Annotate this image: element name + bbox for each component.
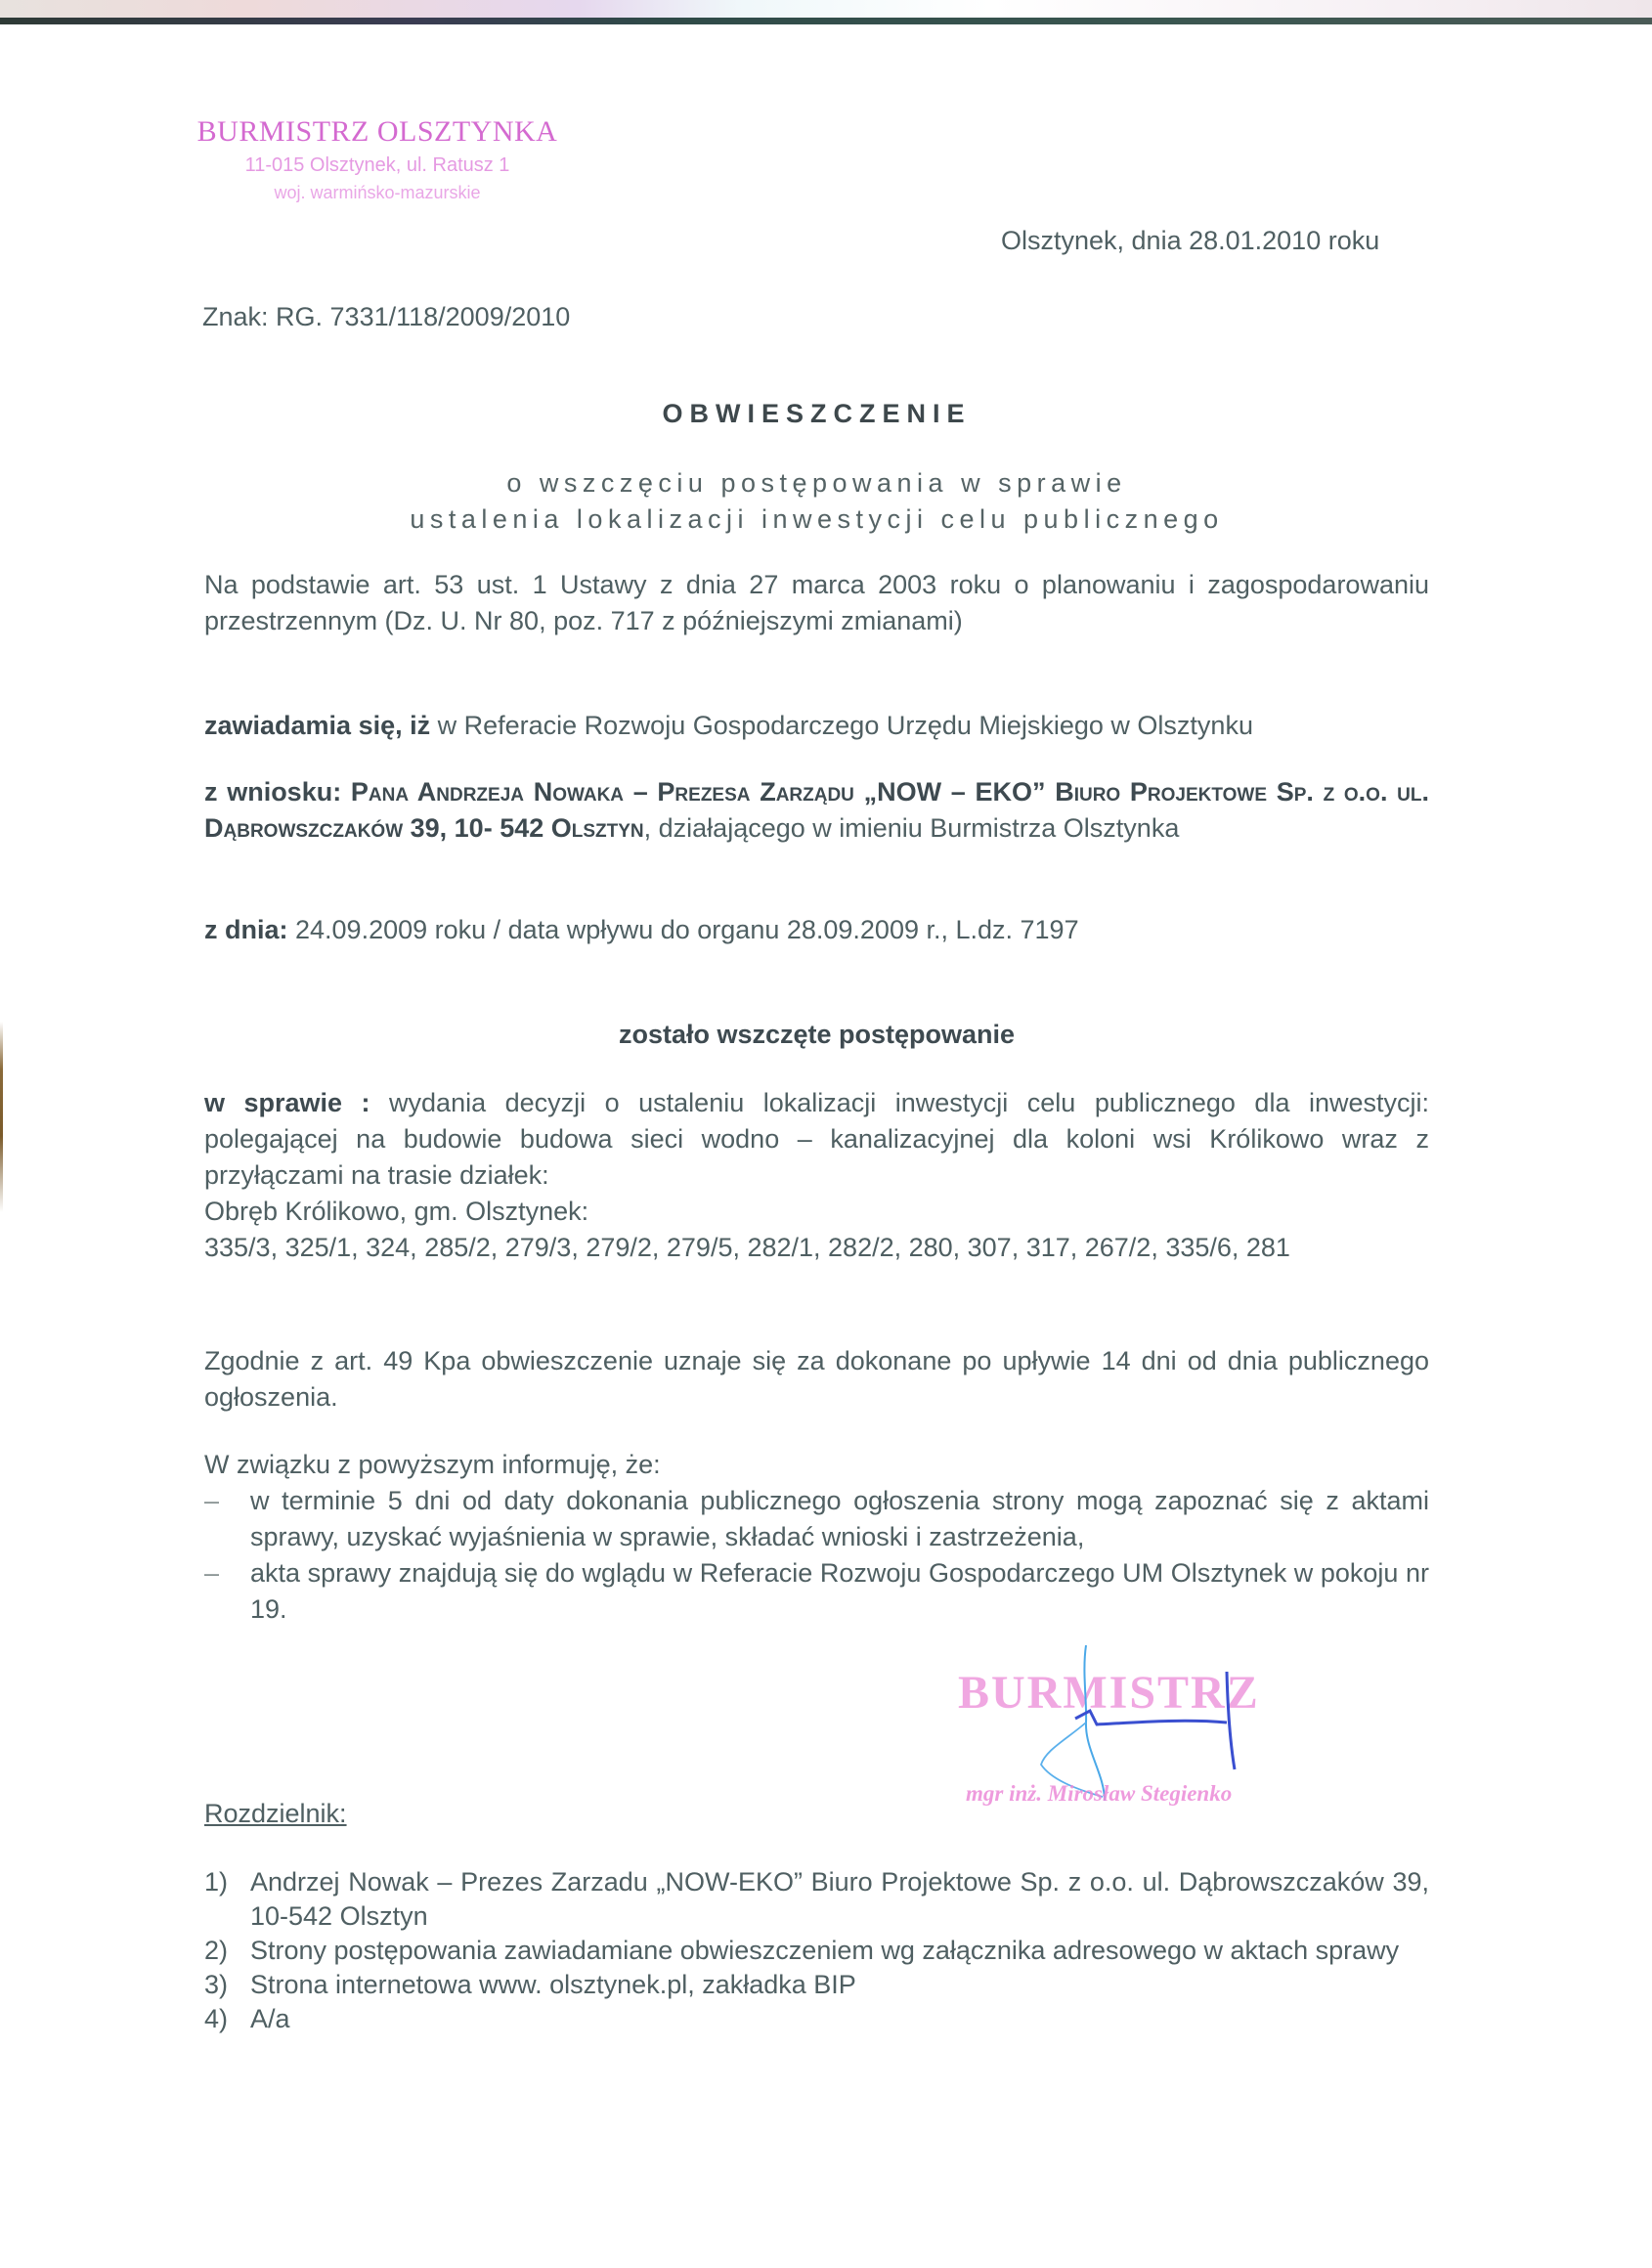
bullet-text: w terminie 5 dni od daty dokonania publi… xyxy=(250,1483,1429,1555)
bullet-text: akta sprawy znajdują się do wglądu w Ref… xyxy=(250,1555,1429,1628)
item-text: Strony postępowania zawiadamiane obwiesz… xyxy=(250,1934,1429,1968)
legal-basis: Na podstawie art. 53 ust. 1 Ustawy z dni… xyxy=(204,567,1429,639)
matter-lead: w sprawie : xyxy=(204,1088,370,1117)
stamp-office-name: BURMISTRZ OLSZTYNKA xyxy=(192,115,563,149)
item-number: 2) xyxy=(204,1934,250,1968)
office-stamp: BURMISTRZ OLSZTYNKA 11-015 Olsztynek, ul… xyxy=(192,115,563,203)
scan-top-band xyxy=(0,0,1652,18)
information-section: W związku z powyższym informuję, że: – w… xyxy=(204,1447,1429,1628)
information-intro: W związku z powyższym informuję, że: xyxy=(204,1447,1429,1483)
document-title: OBWIESZCZENIE xyxy=(204,399,1429,429)
item-text: Strona internetowa www. olsztynek.pl, za… xyxy=(250,1968,1429,2002)
subtitle-line-1: o wszczęciu postępowania w sprawie xyxy=(204,465,1429,502)
information-bullet: – akta sprawy znajdują się do wglądu w R… xyxy=(204,1555,1429,1628)
notice-text: w Referacie Rozwoju Gospodarczego Urzędu… xyxy=(430,711,1253,740)
scan-left-edge xyxy=(0,1022,3,1212)
mayor-name: mgr inż. Mirosław Stegienko xyxy=(966,1781,1232,1807)
matter-precinct: Obręb Królikowo, gm. Olsztynek: xyxy=(204,1194,1429,1230)
stamp-address: 11-015 Olsztynek, ul. Ratusz 1 xyxy=(192,154,563,177)
dash-icon: – xyxy=(204,1555,250,1628)
stamp-region: woj. warmińsko-mazurskie xyxy=(192,183,563,203)
proceedings-started: zostało wszczęte postępowanie xyxy=(204,1017,1429,1053)
dash-icon: – xyxy=(204,1483,250,1555)
scan-top-border xyxy=(0,18,1652,24)
distribution-item: 3) Strona internetowa www. olsztynek.pl,… xyxy=(204,1968,1429,2002)
distribution-item: 1) Andrzej Nowak – Prezes Zarzadu „NOW-E… xyxy=(204,1865,1429,1934)
information-bullet: – w terminie 5 dni od daty dokonania pub… xyxy=(204,1483,1429,1555)
date-lead: z dnia: xyxy=(204,915,288,944)
distribution-item: 2) Strony postępowania zawiadamiane obwi… xyxy=(204,1934,1429,1968)
effective-notice: Zgodnie z art. 49 Kpa obwieszczenie uzna… xyxy=(204,1343,1429,1416)
matter-text: wydania decyzji o ustaleniu lokalizacji … xyxy=(204,1088,1429,1190)
notice-lead: zawiadamia się, iż xyxy=(204,711,430,740)
reference-number: Znak: RG. 7331/118/2009/2010 xyxy=(202,299,570,335)
notice-paragraph: zawiadamia się, iż w Referacie Rozwoju G… xyxy=(204,708,1429,744)
item-number: 3) xyxy=(204,1968,250,2002)
application-paragraph: z wniosku: Pana Andrzeja Nowaka – Prezes… xyxy=(204,774,1429,847)
matter-plots: 335/3, 325/1, 324, 285/2, 279/3, 279/2, … xyxy=(204,1230,1429,1266)
matter-paragraph: w sprawie : wydania decyzji o ustaleniu … xyxy=(204,1085,1429,1266)
application-lead: z wniosku: xyxy=(204,777,341,807)
item-number: 4) xyxy=(204,2002,250,2036)
subtitle-line-2: ustalenia lokalizacji inwestycji celu pu… xyxy=(204,502,1429,538)
place-and-date: Olsztynek, dnia 28.01.2010 roku xyxy=(1001,223,1379,259)
item-text: A/a xyxy=(250,2002,1429,2036)
item-number: 1) xyxy=(204,1865,250,1934)
application-date: z dnia: 24.09.2009 roku / data wpływu do… xyxy=(204,912,1429,948)
date-text: 24.09.2009 roku / data wpływu do organu … xyxy=(288,915,1079,944)
item-text: Andrzej Nowak – Prezes Zarzadu „NOW-EKO”… xyxy=(250,1865,1429,1934)
distribution-list: 1) Andrzej Nowak – Prezes Zarzadu „NOW-E… xyxy=(204,1865,1429,2036)
signature-block: BURMISTRZ mgr inż. Mirosław Stegienko xyxy=(958,1633,1369,1828)
distribution-item: 4) A/a xyxy=(204,2002,1429,2036)
application-rest: , działającego w imieniu Burmistrza Olsz… xyxy=(644,813,1180,843)
document-subtitle: o wszczęciu postępowania w sprawie ustal… xyxy=(204,465,1429,538)
distribution-heading: Rozdzielnik: xyxy=(204,1796,347,1832)
